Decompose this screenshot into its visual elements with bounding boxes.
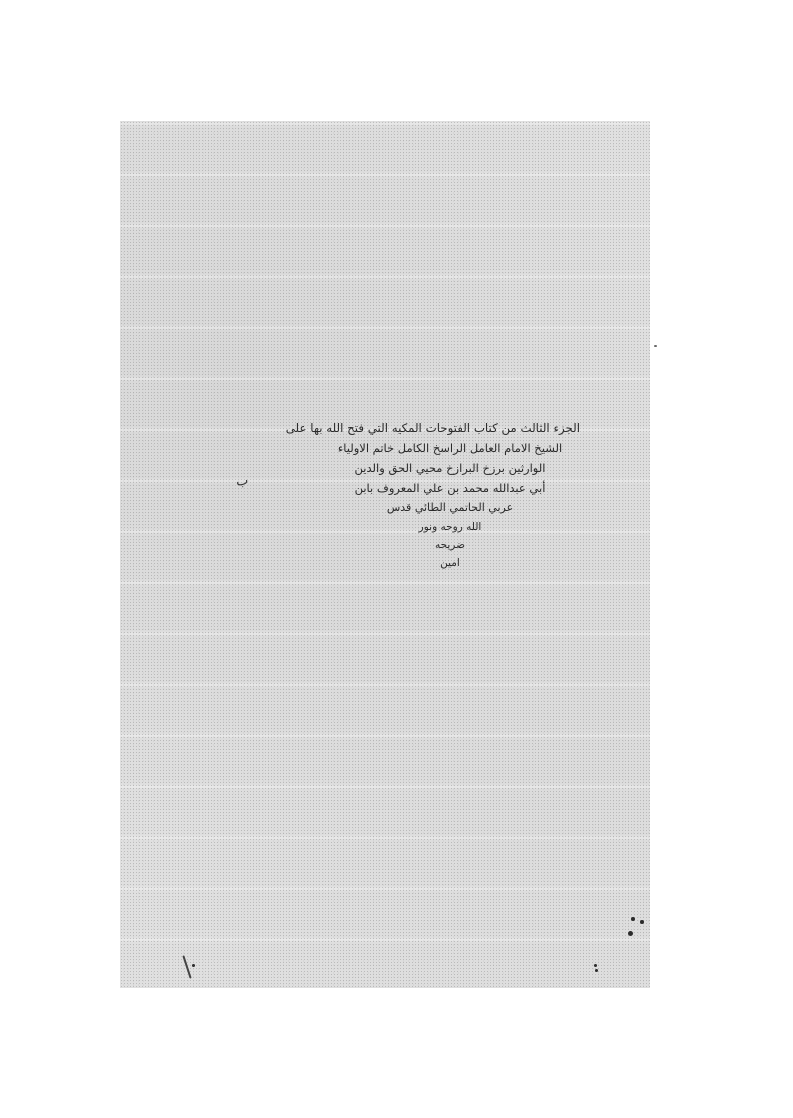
manuscript-title-block: الجزء الثالث من كتاب الفتوحات المكيه الت… bbox=[320, 418, 580, 572]
title-line-2: الشيخ الامام العامل الراسخ الكامل خاتم ا… bbox=[320, 438, 580, 458]
ink-dot bbox=[631, 917, 635, 921]
ink-dot bbox=[595, 969, 598, 972]
ink-speck bbox=[654, 345, 657, 347]
title-line-5: عربي الحاتمي الطائي قدس bbox=[320, 498, 580, 518]
ink-dot bbox=[628, 931, 633, 936]
title-line-7: ضريحه bbox=[320, 536, 580, 554]
ink-dot bbox=[192, 964, 195, 967]
title-line-4: أبي عبدالله محمد بن علي المعروف بابن bbox=[320, 478, 580, 498]
margin-mark-left: ب bbox=[235, 473, 250, 490]
ink-dot bbox=[640, 920, 644, 924]
title-line-3: الوارثين برزخ البرازخ محيي الحق والدين bbox=[320, 458, 580, 478]
title-line-6: الله روحه ونور bbox=[320, 518, 580, 536]
ink-dot bbox=[594, 964, 597, 967]
title-line-8: امين bbox=[320, 554, 580, 572]
title-line-1: الجزء الثالث من كتاب الفتوحات المكيه الت… bbox=[320, 418, 580, 438]
